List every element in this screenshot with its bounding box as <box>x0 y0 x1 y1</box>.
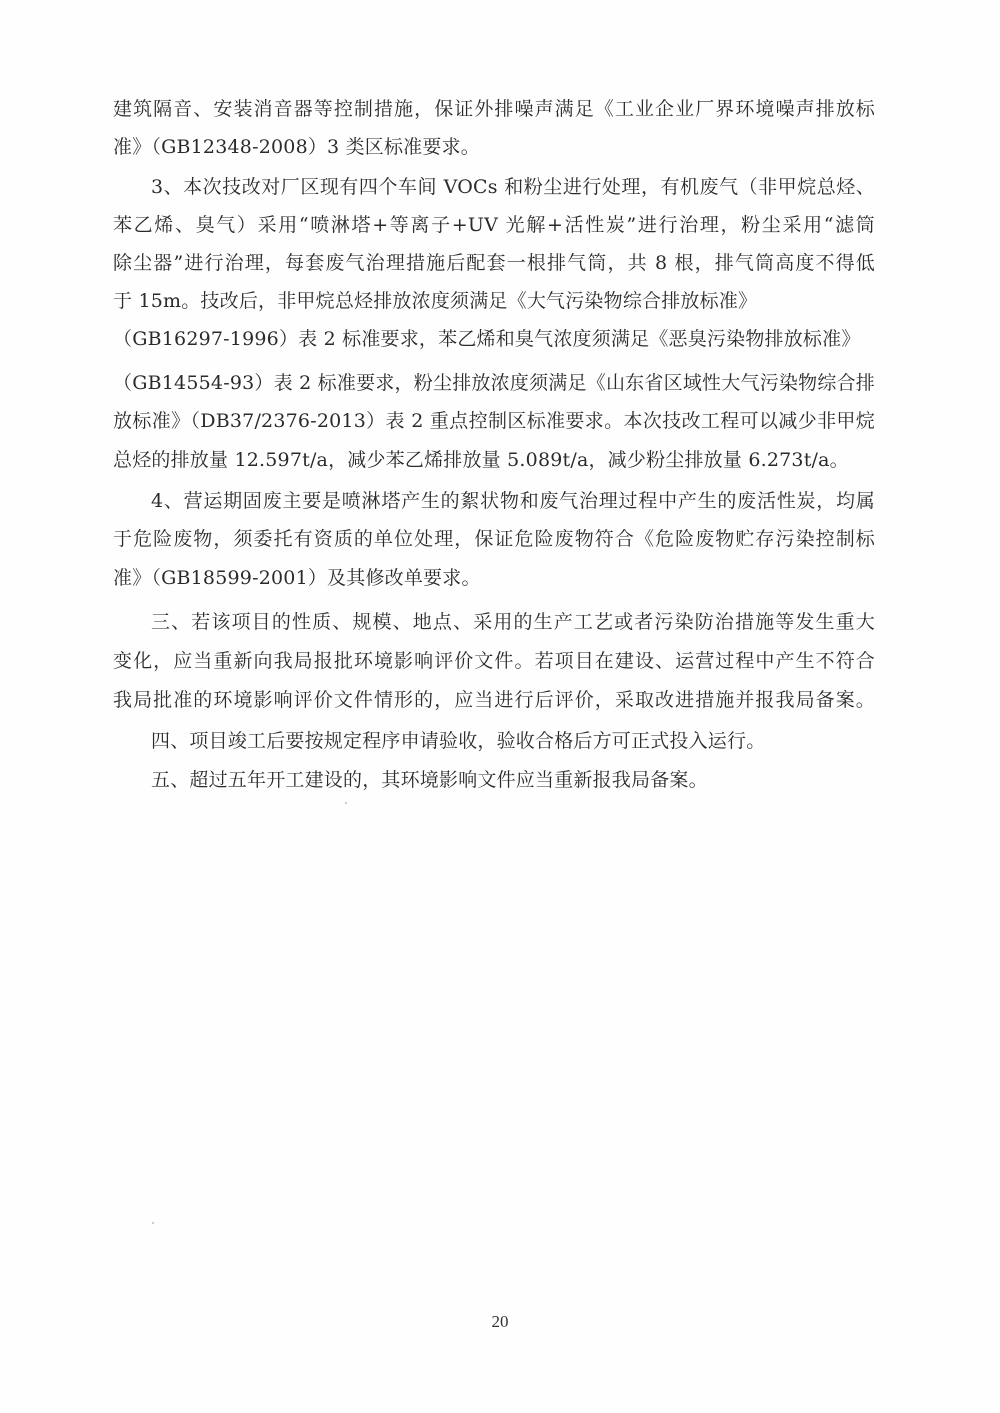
text-line: 4、营运期固废主要是喷淋塔产生的絮状物和废气治理过程中产生的废活性炭，均属 <box>151 489 875 513</box>
text-line: 除尘器”进行治理，每套废气治理措施后配套一根排气筒，共 8 根，排气筒高度不得低 <box>113 251 875 275</box>
text-line: （GB16297-1996）表 2 标准要求，苯乙烯和臭气浓度须满足《恶臭污染物… <box>113 327 875 351</box>
text-line: 于 15m。技改后，非甲烷总烃排放浓度须满足《大气污染物综合排放标准》 <box>113 289 875 313</box>
text-line: 于危险废物，须委托有资质的单位处理，保证危险废物符合《危险废物贮存污染控制标 <box>113 527 875 551</box>
text-line: 苯乙烯、臭气）采用“喷淋塔+等离子+UV 光解+活性炭”进行治理，粉尘采用“滤筒 <box>113 213 875 237</box>
scan-speck <box>152 1222 154 1224</box>
text-line: 五、超过五年开工建设的，其环境影响文件应当重新报我局备案。 <box>151 768 875 792</box>
text-line: 三、若该项目的性质、规模、地点、采用的生产工艺或者污染防治措施等发生重大 <box>151 610 875 634</box>
text-line: 准》（GB12348-2008）3 类区标准要求。 <box>113 135 875 159</box>
page-number: 20 <box>0 1312 1000 1332</box>
text-line: （GB14554-93）表 2 标准要求，粉尘排放浓度须满足《山东省区域性大气污… <box>113 371 875 395</box>
text-line: 我局批准的环境影响评价文件情形的，应当进行后评价，采取改进措施并报我局备案。 <box>113 688 875 712</box>
document-page: 建筑隔音、安装消音器等控制措施，保证外排噪声满足《工业企业厂界环境噪声排放标准》… <box>0 0 1000 1413</box>
text-line: 放标准》（DB37/2376-2013）表 2 重点控制区标准要求。本次技改工程… <box>113 409 875 433</box>
text-line: 变化，应当重新向我局报批环境影响评价文件。若项目在建设、运营过程中产生不符合 <box>113 649 875 673</box>
text-line: 总烃的排放量 12.597t/a，减少苯乙烯排放量 5.089t/a，减少粉尘排… <box>113 448 875 472</box>
text-line: 3、本次技改对厂区现有四个车间 VOCs 和粉尘进行处理，有机废气（非甲烷总烃、 <box>151 175 875 199</box>
text-line: 建筑隔音、安装消音器等控制措施，保证外排噪声满足《工业企业厂界环境噪声排放标 <box>113 97 875 121</box>
text-line: 准》（GB18599-2001）及其修改单要求。 <box>113 566 875 590</box>
text-line: 四、项目竣工后要按规定程序申请验收，验收合格后方可正式投入运行。 <box>151 729 875 753</box>
scan-speck <box>345 802 347 804</box>
